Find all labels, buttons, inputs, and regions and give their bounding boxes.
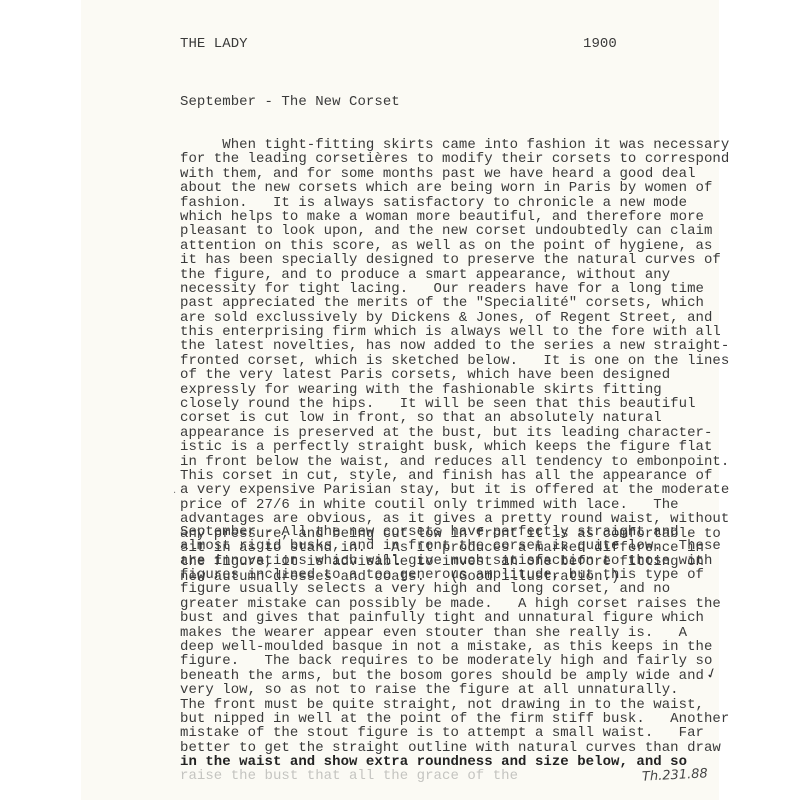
text-line: The front must be quite straight, not dr…: [180, 698, 729, 712]
text-line: closely round the hips. It will be seen …: [180, 397, 729, 411]
text-line: past appreciated the merits of the "Spec…: [180, 296, 729, 310]
text-line: which helps to make a woman more beautif…: [180, 210, 729, 224]
text-line: of the very latest Paris corsets, which …: [180, 368, 729, 382]
text-line: with them, and for some months past we h…: [180, 167, 729, 181]
text-line: in the waist and show extra roundness an…: [180, 755, 729, 769]
text-line: about the new corsets which are being wo…: [180, 181, 729, 195]
text-line: istic is a perfectly straight busk, whic…: [180, 440, 729, 454]
text-line: are sold exclussively by Dickens & Jones…: [180, 311, 729, 325]
text-line: bust and gives that painfully tight and …: [180, 611, 729, 625]
publication-title: THE LADY: [180, 36, 248, 52]
text-line: figure usually selects a very high and l…: [180, 582, 729, 596]
text-line: almost rigid busks, and in front the cor…: [180, 539, 729, 553]
text-line: mistake of the stout figure is to attemp…: [180, 726, 729, 740]
text-line: makes the wearer appear even stouter tha…: [180, 626, 729, 640]
text-line: figures inclined to a too generous ampli…: [180, 568, 729, 582]
text-line: the figure, and to produce a smart appea…: [180, 268, 729, 282]
text-line: but nipped in well at the point of the f…: [180, 712, 729, 726]
text-line: beneath the arms, but the bosom gores sh…: [180, 669, 729, 683]
text-line: expressly for wearing with the fashionab…: [180, 383, 729, 397]
text-line: for the leading corsetières to modify th…: [180, 152, 729, 166]
text-line: better to get the straight outline with …: [180, 741, 729, 755]
text-line: greater mistake can possibly be made. A …: [180, 597, 729, 611]
text-line: it has been specially designed to preser…: [180, 253, 729, 267]
text-line: appearance is preserved at the bust, but…: [180, 426, 729, 440]
publication-year: 1900: [583, 36, 617, 52]
text-line: pleasant to look upon, and the new corse…: [180, 224, 729, 238]
text-line: deep well-moulded basque in not a mistak…: [180, 640, 729, 654]
text-line: figure. The back requires to be moderate…: [180, 654, 729, 668]
text-line: fronted corset, which is sketched below.…: [180, 354, 729, 368]
entry-corset-advice: September - All the new corsets have per…: [180, 496, 729, 798]
text-line: attention on this score, as well as on t…: [180, 239, 729, 253]
text-line: September - All the new corsets have per…: [180, 525, 729, 539]
text-line: This corset in cut, style, and finish ha…: [180, 469, 729, 483]
text-line: fashion. It is always satisfactory to ch…: [180, 196, 729, 210]
entry-body: September - All the new corsets have per…: [180, 525, 729, 784]
stray-mark: .: [173, 485, 176, 496]
text-line: are innovations which will give much sat…: [180, 554, 729, 568]
text-line: necessity for tight lacing. Our readers …: [180, 282, 729, 296]
text-line: the latest novelties, has now added to t…: [180, 339, 729, 353]
text-line: very low, so as not to raise the figure …: [180, 683, 729, 697]
text-line: corset is cut low in front, so that an a…: [180, 411, 729, 425]
entry-heading: September - The New Corset: [180, 95, 729, 109]
text-line: When tight-fitting skirts came into fash…: [180, 138, 729, 152]
text-line: this enterprising firm which is always w…: [180, 325, 729, 339]
text-line: in front below the waist, and reduces al…: [180, 455, 729, 469]
